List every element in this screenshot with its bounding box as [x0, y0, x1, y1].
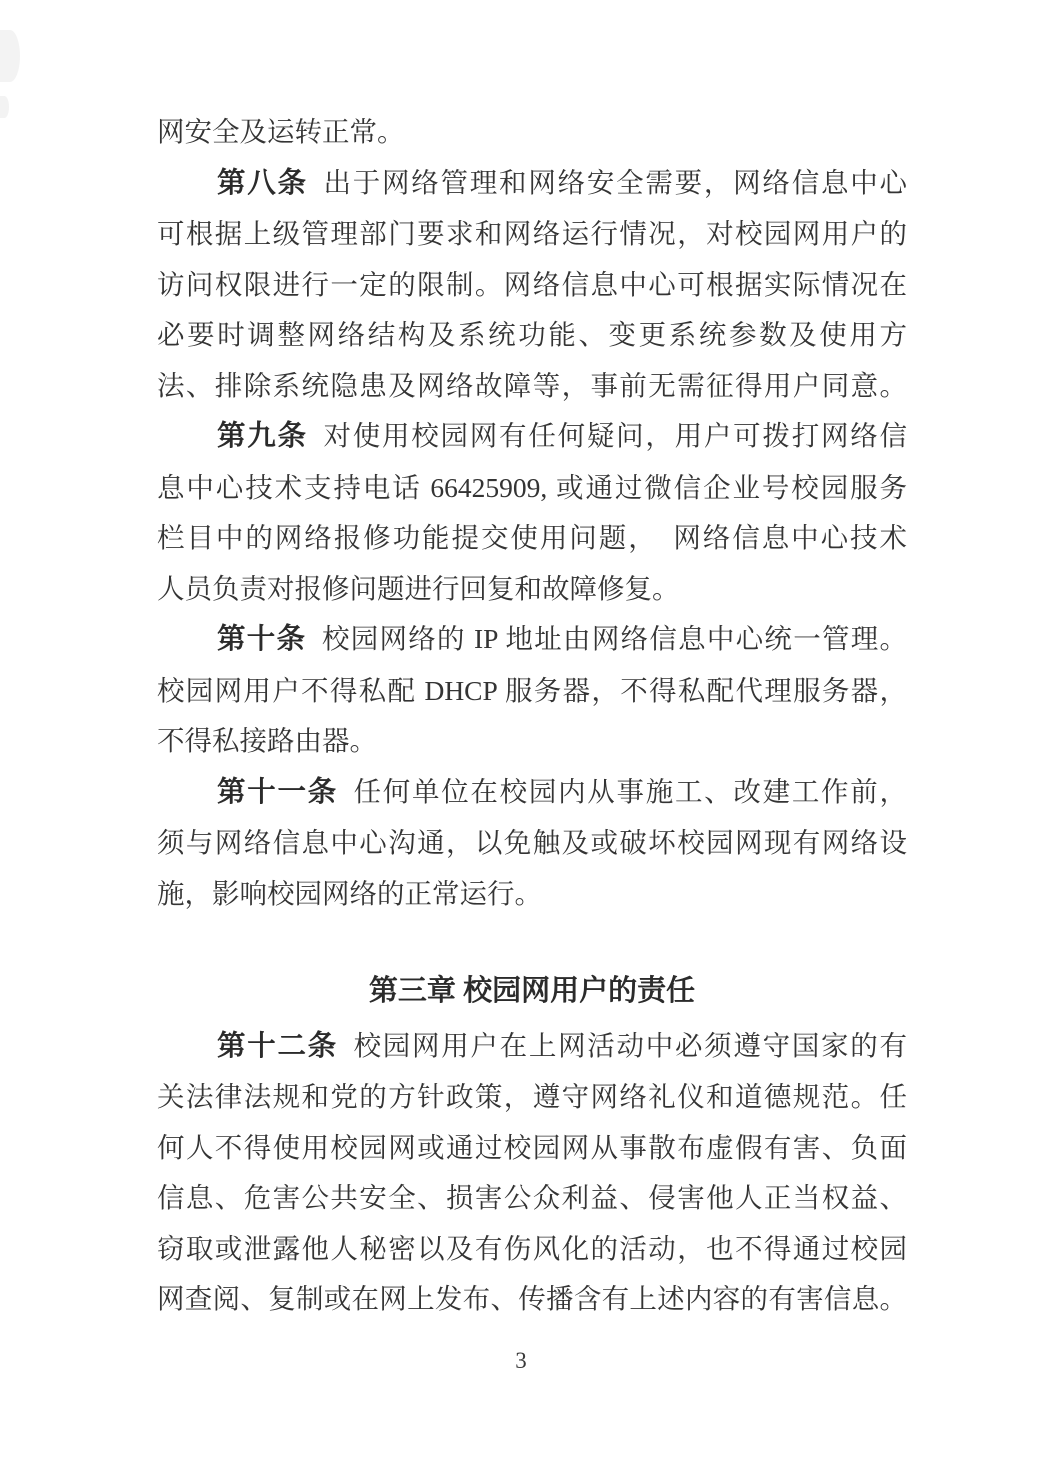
scanned-document-page: 网安全及运转正常。第八条出于网络管理和网络安全需要，网络信息中心可根据上级管理部… — [0, 0, 1042, 1484]
article-number-label: 第十一条 — [217, 777, 338, 808]
text-line: 栏目中的网络报修功能提交使用问题， 网络信息中心技术 — [157, 513, 907, 564]
paragraph-article-8: 第八条出于网络管理和网络安全需要，网络信息中心可根据上级管理部门要求和网络运行情… — [157, 158, 907, 412]
article-number-label: 第十二条 — [217, 1031, 338, 1062]
text-line: 访问权限进行一定的限制。网络信息中心可根据实际情况在 — [157, 260, 907, 311]
text-line: 信息、危害公共安全、损害公众利益、侵害他人正当权益、 — [157, 1173, 907, 1224]
paragraph-article-12: 第十二条校园网用户在上网活动中必须遵守国家的有关法律法规和党的方针政策，遵守网络… — [157, 1021, 907, 1325]
text-line: 第十二条校园网用户在上网活动中必须遵守国家的有 — [157, 1021, 907, 1073]
text-line: 法、排除系统隐患及网络故障等，事前无需征得用户同意。 — [157, 361, 907, 412]
paragraph-article-10: 第十条校园网络的 IP 地址由网络信息中心统一管理。校园网用户不得私配 DHCP… — [157, 614, 907, 767]
article-number-label: 第八条 — [217, 168, 308, 199]
text-line: 息中心技术支持电话 66425909, 或通过微信企业号校园服务 — [157, 463, 907, 514]
text-line: 第八条出于网络管理和网络安全需要，网络信息中心 — [157, 158, 907, 210]
text-line: 可根据上级管理部门要求和网络运行情况，对校园网用户的 — [157, 209, 907, 260]
page-number: 3 — [0, 1348, 1042, 1374]
paragraph-continuation: 网安全及运转正常。 — [157, 107, 907, 158]
chapter-3-heading: 第三章 校园网用户的责任 — [157, 966, 907, 1017]
text-line: 第十条校园网络的 IP 地址由网络信息中心统一管理。 — [157, 614, 907, 666]
text-line: 第九条对使用校园网有任何疑问，用户可拨打网络信 — [157, 411, 907, 463]
text-line: 须与网络信息中心沟通，以免触及或破坏校园网现有网络设 — [157, 818, 907, 869]
text-line: 必要时调整网络结构及系统功能、变更系统参数及使用方 — [157, 310, 907, 361]
text-line: 施，影响校园网络的正常运行。 — [157, 869, 907, 920]
text-line: 窃取或泄露他人秘密以及有伤风化的活动，也不得通过校园 — [157, 1224, 907, 1275]
paragraph-article-9: 第九条对使用校园网有任何疑问，用户可拨打网络信息中心技术支持电话 6642590… — [157, 411, 907, 614]
text-line: 网安全及运转正常。 — [157, 107, 907, 158]
text-line: 不得私接路由器。 — [157, 716, 907, 767]
scan-artifact — [0, 96, 9, 118]
document-body: 网安全及运转正常。第八条出于网络管理和网络安全需要，网络信息中心可根据上级管理部… — [157, 107, 907, 1325]
scan-artifact — [0, 30, 20, 82]
text-line: 人员负责对报修问题进行回复和故障修复。 — [157, 564, 907, 615]
text-line: 关法律法规和党的方针政策，遵守网络礼仪和道德规范。任 — [157, 1072, 907, 1123]
article-number-label: 第九条 — [217, 421, 308, 452]
text-line: 何人不得使用校园网或通过校园网从事散布虚假有害、负面 — [157, 1123, 907, 1174]
paragraph-article-11: 第十一条任何单位在校园内从事施工、改建工作前，须与网络信息中心沟通，以免触及或破… — [157, 767, 907, 920]
text-line: 网查阅、复制或在网上发布、传播含有上述内容的有害信息。 — [157, 1274, 907, 1325]
article-number-label: 第十条 — [217, 624, 306, 655]
text-line: 校园网用户不得私配 DHCP 服务器，不得私配代理服务器， — [157, 666, 907, 717]
text-line: 第十一条任何单位在校园内从事施工、改建工作前， — [157, 767, 907, 819]
